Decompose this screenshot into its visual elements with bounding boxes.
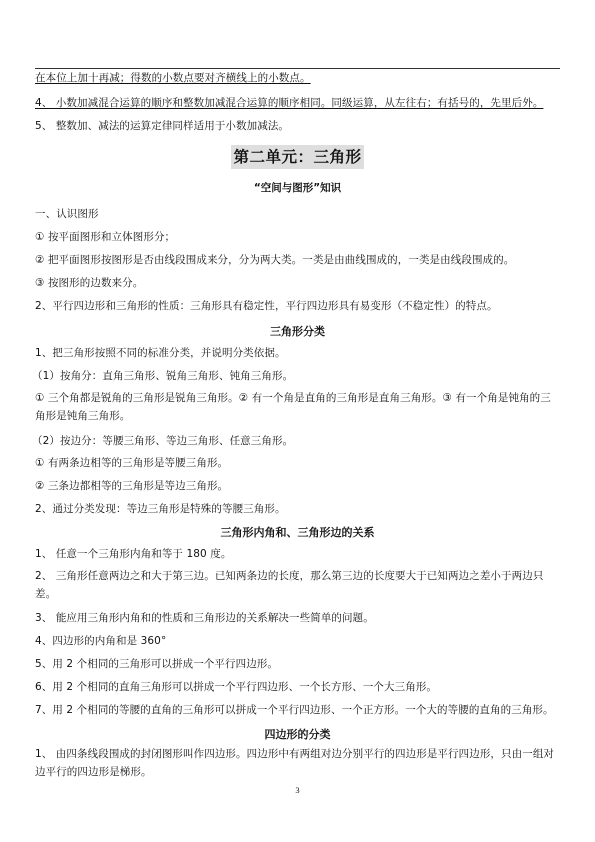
- angles-sides-item-4: 4、四边形的内角和是 360°: [35, 634, 166, 648]
- quadrilateral-heading: 四边形的分类: [0, 726, 595, 742]
- angles-sides-item-7: 7、用 2 个相同的等腰的直角的三角形可以拼成一个平行四边形、一个正方形。一个大…: [35, 703, 554, 717]
- text-line-operation-laws: 5、 整数加、减法的运算定律同样适用于小数加减法。: [35, 119, 289, 133]
- classification-intro: 1、把三角形按照不同的标准分类，并说明分类依据。: [35, 346, 286, 360]
- recognize-item-3: ③ 按图形的边数来分。: [35, 276, 143, 290]
- page-number: 3: [0, 785, 595, 795]
- shape-properties: 2、平行四边形和三角形的性质：三角形具有稳定性，平行四边形具有易变形（不稳定性）…: [35, 299, 498, 313]
- unit-title: 第二单元：三角形: [231, 145, 363, 169]
- angles-sides-item-6: 6、用 2 个相同的直角三角形可以拼成一个平行四边形、一个长方形、一个大三角形。: [35, 680, 437, 694]
- recognize-item-1: ① 按平面图形和立体图形分；: [35, 230, 175, 244]
- classify-by-side-item-1: ① 有两条边相等的三角形是等腰三角形。: [35, 456, 228, 470]
- text-line-mixed-operations: 4、 小数加减混合运算的顺序和整数加减混合运算的顺序相同。同级运算，从左往右；有…: [35, 96, 543, 110]
- section-subtitle: “空间与图形”知识: [0, 180, 595, 195]
- document-page: 在本位上加十再减；得数的小数点要对齐横线上的小数点。 4、 小数加减混合运算的顺…: [0, 0, 595, 842]
- angles-sides-heading: 三角形内角和、三角形边的关系: [0, 524, 595, 540]
- classify-by-angle: （1）按角分：直角三角形、锐角三角形、钝角三角形。: [32, 369, 293, 383]
- recognize-item-2: ② 把平面图形按图形是否由线段围成来分，分为两大类。一类是由曲线围成的，一类是由…: [35, 253, 514, 267]
- top-rule-divider: [35, 68, 560, 69]
- unit-title-wrapper: 第二单元：三角形: [0, 145, 595, 169]
- recognize-heading: 一、认识图形: [35, 207, 99, 221]
- angles-sides-item-5: 5、用 2 个相同的三角形可以拼成一个平行四边形。: [35, 657, 278, 671]
- angles-sides-item-1: 1、 任意一个三角形内角和等于 180 度。: [35, 547, 231, 561]
- angles-sides-item-3: 3、 能应用三角形内角和的性质和三角形边的关系解决一些简单的问题。: [35, 611, 374, 625]
- triangle-classification-heading: 三角形分类: [0, 323, 595, 339]
- classify-by-side: （2）按边分：等腰三角形、等边三角形、任意三角形。: [32, 434, 293, 448]
- classify-by-angle-detail: ① 三个角都是锐角的三角形是锐角三角形。② 有一个角是直角的三角形是直角三角形。…: [35, 389, 560, 425]
- text-line-decimal-alignment: 在本位上加十再减；得数的小数点要对齐横线上的小数点。: [35, 71, 311, 85]
- angles-sides-item-2: 2、 三角形任意两边之和大于第三边。已知两条边的长度，那么第三边的长度要大于已知…: [35, 567, 560, 603]
- classification-finding: 2、通过分类发现：等边三角形是特殊的等腰三角形。: [35, 502, 286, 516]
- classify-by-side-item-2: ② 三条边都相等的三角形是等边三角形。: [35, 479, 228, 493]
- quadrilateral-item-1: 1、 由四条线段围成的封闭图形叫作四边形。四边形中有两组对边分别平行的四边形是平…: [35, 745, 560, 781]
